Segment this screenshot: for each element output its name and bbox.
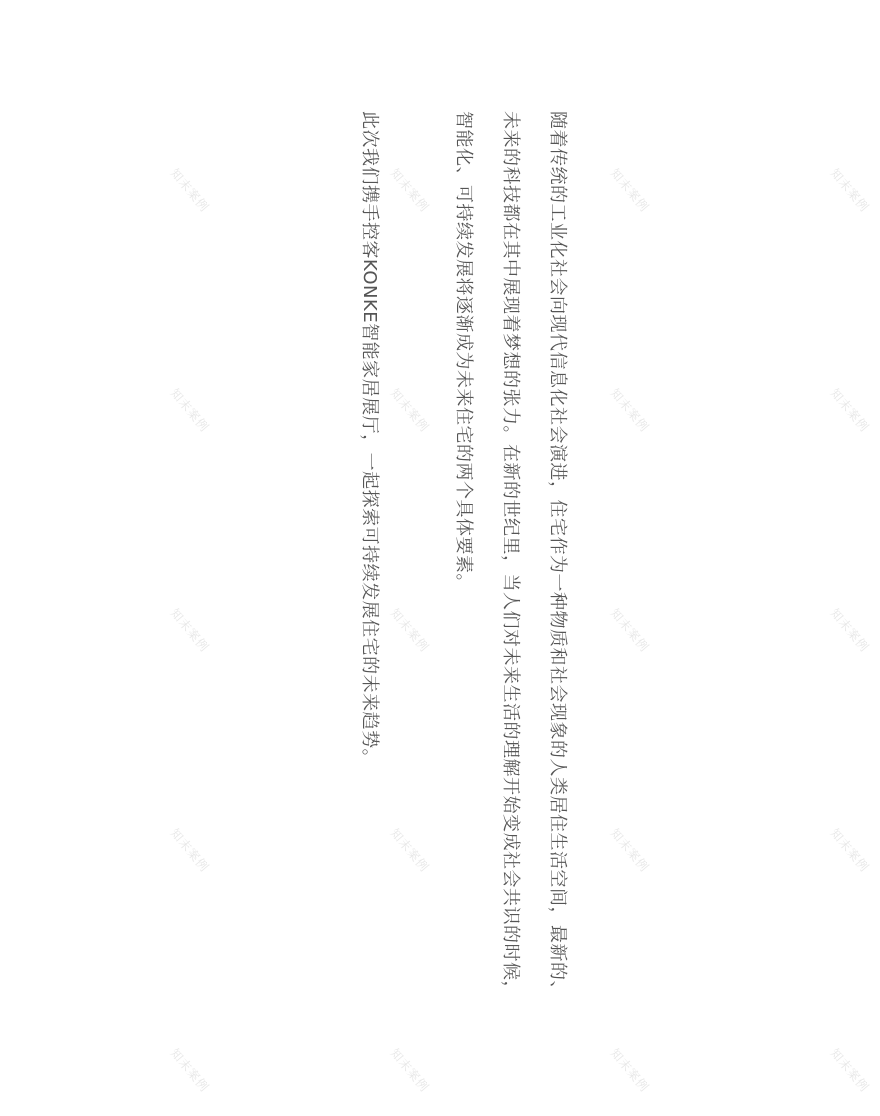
- watermark: 知末案例: [607, 1045, 653, 1096]
- paragraph-intro: 随着传统的工业化社会向现代信息化社会演进，住宅作为一种物质和社会现象的人类居住生…: [440, 111, 581, 1011]
- watermark: 知末案例: [387, 1045, 433, 1096]
- watermark: 知末案例: [827, 605, 873, 656]
- watermark: 知末案例: [167, 385, 213, 436]
- watermark: 知末案例: [607, 165, 653, 216]
- watermark: 知末案例: [827, 165, 873, 216]
- watermark: 知末案例: [827, 825, 873, 876]
- watermark: 知末案例: [607, 385, 653, 436]
- watermark: 知末案例: [607, 605, 653, 656]
- watermark: 知末案例: [167, 825, 213, 876]
- rotated-text-block: 随着传统的工业化社会向现代信息化社会演进，住宅作为一种物质和社会现象的人类居住生…: [346, 111, 581, 1011]
- watermark: 知末案例: [167, 165, 213, 216]
- paragraph-spacer: [393, 111, 440, 1011]
- paragraph-konke: 此次我们携手控客KONKE智能家居展厅，一起探索可持续发展住宅的未来趋势。: [346, 111, 393, 1011]
- watermark: 知末案例: [167, 605, 213, 656]
- watermark: 知末案例: [827, 385, 873, 436]
- watermark: 知末案例: [607, 825, 653, 876]
- watermark: 知末案例: [167, 1045, 213, 1096]
- watermark: 知末案例: [827, 1045, 873, 1096]
